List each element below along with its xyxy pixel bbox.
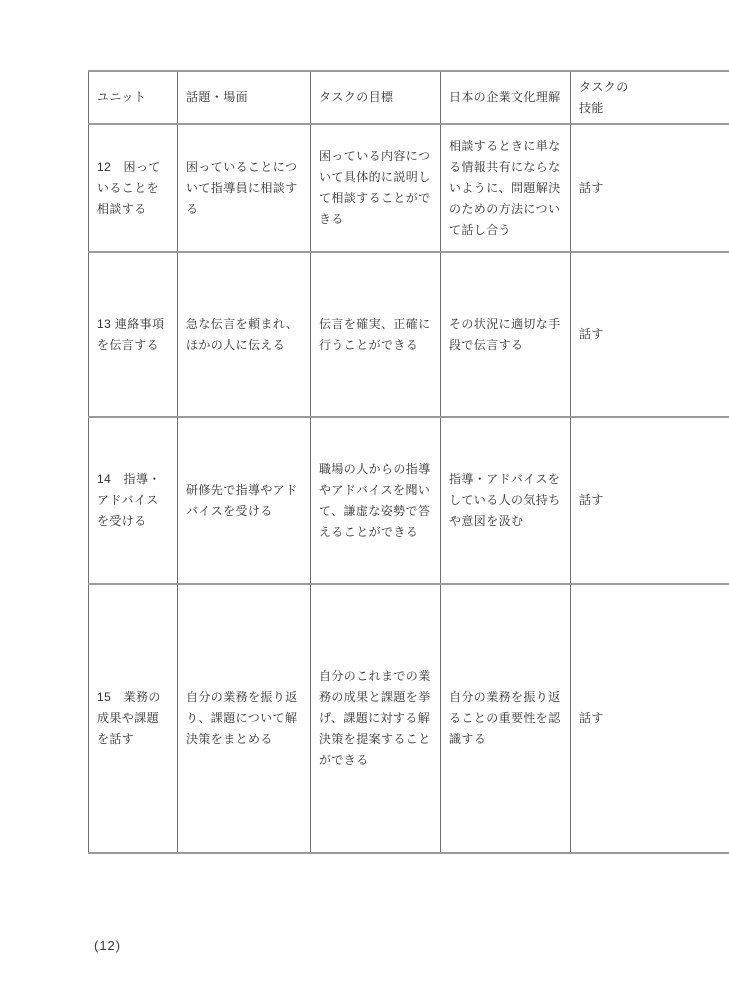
table-row: 15 業務の 成果や課題 を話す 自分の業務を振り返 り、課題について解 決策を… — [89, 584, 729, 853]
header-cell-unit: ユニット — [89, 71, 178, 124]
curriculum-table-wrap: ユニット 話題・場面 タスクの目標 日本の企業文化理解 タスクの 技能 12 困… — [88, 70, 729, 854]
cell-unit: 15 業務の 成果や課題 を話す — [89, 584, 178, 853]
cell-culture: 相談するときに単な る情報共有にならな いように、問題解決 のための方法につい … — [441, 124, 571, 252]
curriculum-table: ユニット 話題・場面 タスクの目標 日本の企業文化理解 タスクの 技能 12 困… — [88, 70, 729, 854]
table-row: 12 困って いることを 相談する 困っていることにつ いて指導員に相談する 困… — [89, 124, 729, 252]
cell-unit: 12 困って いることを 相談する — [89, 124, 178, 252]
cell-topic: 自分の業務を振り返 り、課題について解 決策をまとめる — [178, 584, 311, 853]
table-row: 13 連絡事項 を伝言する 急な伝言を頼まれ、 ほかの人に伝える 伝言を確実、正… — [89, 252, 729, 417]
cell-unit: 14 指導・ アドバイス を受ける — [89, 417, 178, 584]
cell-culture: その状況に適切な手 段で伝言する — [441, 252, 571, 417]
table-row: 14 指導・ アドバイス を受ける 研修先で指導やアド バイスを受ける 職場の人… — [89, 417, 729, 584]
header-cell-culture: 日本の企業文化理解 — [441, 71, 571, 124]
document-page: ユニット 話題・場面 タスクの目標 日本の企業文化理解 タスクの 技能 12 困… — [0, 0, 729, 1005]
cell-culture: 自分の業務を振り返 ることの重要性を認 識する — [441, 584, 571, 853]
cell-goal: 自分のこれまでの業 務の成果と課題を挙 げ、課題に対する解 決策を提案すること … — [311, 584, 441, 853]
cell-unit: 13 連絡事項 を伝言する — [89, 252, 178, 417]
header-cell-skill: タスクの 技能 — [571, 71, 729, 124]
cell-topic: 困っていることにつ いて指導員に相談する — [178, 124, 311, 252]
cell-skill: 話す — [571, 417, 729, 584]
header-cell-goal: タスクの目標 — [311, 71, 441, 124]
cell-goal: 伝言を確実、正確に 行うことができる — [311, 252, 441, 417]
cell-goal: 職場の人からの指導 やアドバイスを聞い て、謙虚な姿勢で答 えることができる — [311, 417, 441, 584]
cell-skill: 話す — [571, 584, 729, 853]
header-cell-topic: 話題・場面 — [178, 71, 311, 124]
cell-skill: 話す — [571, 124, 729, 252]
table-header-row: ユニット 話題・場面 タスクの目標 日本の企業文化理解 タスクの 技能 — [89, 71, 729, 124]
cell-culture: 指導・アドバイスを している人の気持ち や意図を汲む — [441, 417, 571, 584]
cell-goal: 困っている内容につ いて具体的に説明し て相談することがで きる — [311, 124, 441, 252]
cell-topic: 研修先で指導やアド バイスを受ける — [178, 417, 311, 584]
cell-skill: 話す — [571, 252, 729, 417]
cell-topic: 急な伝言を頼まれ、 ほかの人に伝える — [178, 252, 311, 417]
page-number: (12) — [94, 938, 121, 953]
